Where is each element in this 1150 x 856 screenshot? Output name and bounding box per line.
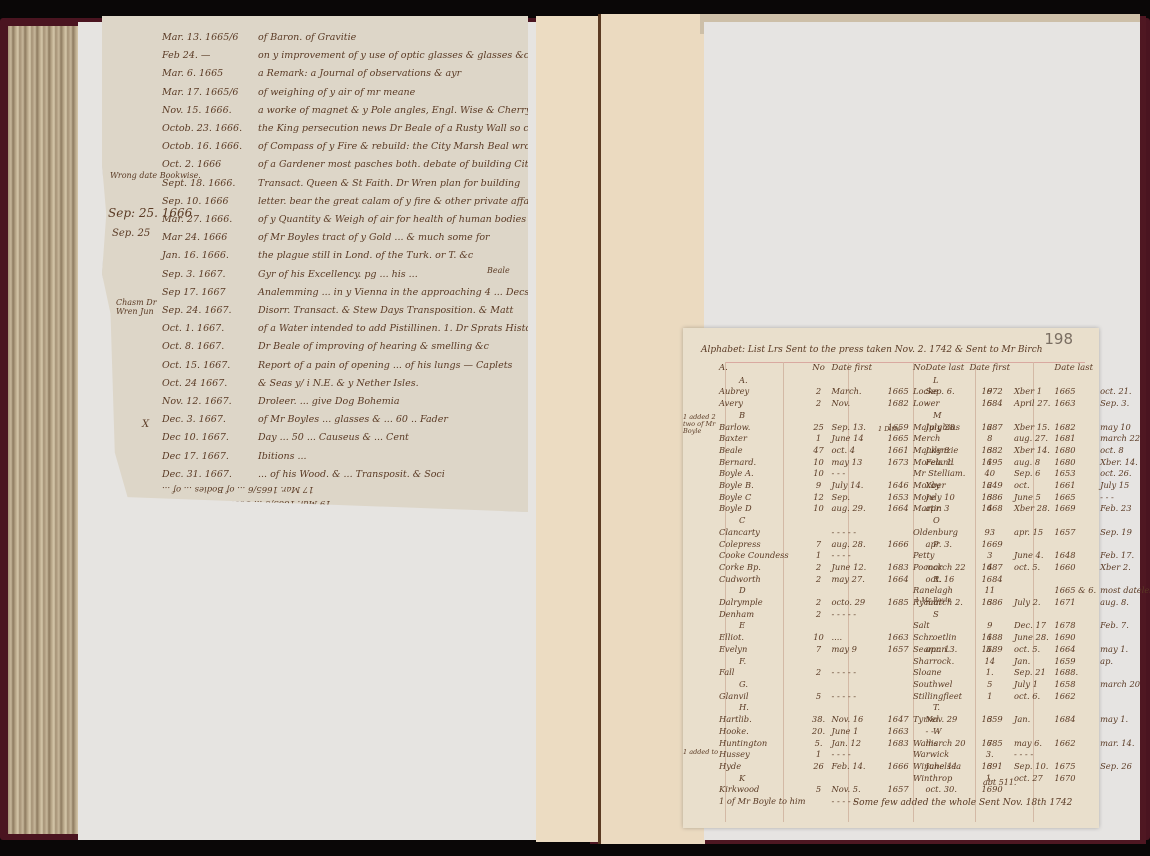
correspondent-name: Boyle B. <box>717 480 808 492</box>
first-year: 1681 <box>1052 433 1098 445</box>
entry-text: letter. bear the great calam of y fire &… <box>258 196 542 207</box>
first-date: - - - - - <box>830 667 886 679</box>
correspondent-name: Fall <box>717 667 808 679</box>
first-year: 1662 <box>1052 738 1098 750</box>
letter-count: 2 <box>808 398 830 410</box>
correspondent-name: Glanvil <box>717 691 808 703</box>
entry-date: Dec. 31. 1667. <box>162 469 258 480</box>
correspondent-name: Boyle C <box>717 492 808 504</box>
entry-date: Octob. 23. 1666. <box>162 123 258 134</box>
letter-count: 8 <box>967 433 1012 445</box>
register-entry: Sep 17. 1667Analemming ... in y Vienna i… <box>162 287 529 298</box>
first-date: may 6. <box>1012 738 1052 750</box>
register-entry: Dec 17. 1667.Ibitions ... <box>162 451 307 462</box>
alphabet-letter-row: R. <box>911 574 1150 586</box>
first-date: Jan. 12 <box>830 738 886 750</box>
entry-text: of weighing of y air of mr meane <box>258 87 415 98</box>
correspondent-name: Elliot. <box>717 632 808 644</box>
entry-date: Sep. 3. 1667. <box>162 269 258 280</box>
entry-text: & Seas y/ i N.E. & y Nether Isles. <box>258 378 419 389</box>
first-date: oct. 27 <box>1012 773 1052 785</box>
register-entry: Sep. 10. 1666letter. bear the great cala… <box>162 196 542 207</box>
first-date: - - - - - <box>830 527 886 539</box>
column-header: No <box>808 363 830 375</box>
letter-count: 10 <box>808 468 830 480</box>
correspondent-name: Tyrrel <box>911 714 967 726</box>
first-date: Sep. 10. <box>1012 761 1052 773</box>
alphabet-letter-row: P <box>911 539 1150 551</box>
register-entry: Octob. 16. 1666.of Compass of y Fire & r… <box>162 141 583 152</box>
correspondent-name: Huntington <box>717 738 808 750</box>
entry-date: Mar. 17. 1665/6 <box>162 87 258 98</box>
correspondent-name: Seaman. <box>911 644 967 656</box>
entry-date: Dec 17. 1667. <box>162 451 258 462</box>
correspondent-name: Martin <box>911 503 967 515</box>
first-year: 1648 <box>1052 550 1098 562</box>
letter-count: 12 <box>808 492 830 504</box>
register-entry: Sept. 18. 1666.Transact. Queen & St Fait… <box>162 178 520 189</box>
first-date: July 14. <box>830 480 886 492</box>
last-date: may 1. <box>1098 644 1150 656</box>
entry-date: Oct. 2. 1666 <box>162 159 258 170</box>
letter-count: 20. <box>808 726 830 738</box>
correspondent-name: 1 of Mr Boyle to him <box>717 796 808 808</box>
entry-text: of a Water intended to add Pistillinen. … <box>258 323 541 334</box>
alphabet-letter-row: M <box>911 410 1150 422</box>
first-year: 1678 <box>1052 620 1098 632</box>
last-date: Sep. 26 <box>1098 761 1150 773</box>
letter-count <box>808 527 830 539</box>
entry-date: Mar. 6. 1665 <box>162 68 258 79</box>
entry-date: Feb 24. — <box>162 50 258 61</box>
letter-count: 9 <box>967 386 1012 398</box>
right-manuscript-leaf: 198 Alphabet: List Lrs Sent to the press… <box>683 328 1099 828</box>
first-date: may 27. <box>830 574 886 586</box>
last-date: most dateless <box>1098 585 1150 597</box>
entry-date: Oct. 24 1667. <box>162 378 258 389</box>
first-date: may 9 <box>830 644 886 656</box>
first-date <box>1012 585 1052 597</box>
letter-count: 10 <box>808 457 830 469</box>
correspondent-name: Bernard. <box>717 457 808 469</box>
first-date: - - - - <box>830 550 886 562</box>
correspondent-row: Sharrock.14Jan.1659ap.1668 <box>911 656 1150 668</box>
correspondent-row: Seaman.3.oct. 5.1664may 1.1683 <box>911 644 1150 656</box>
margin-note: Wrong date Bookwise. <box>110 171 201 180</box>
letter-count: 9 <box>967 620 1012 632</box>
margin-note: Chasm Dr Wren Jun <box>116 298 166 316</box>
first-date: June 1 <box>830 726 886 738</box>
letter-count: 38. <box>808 714 830 726</box>
last-date: may 1. <box>1098 714 1150 726</box>
last-date: Feb. 17. <box>1098 550 1150 562</box>
last-date: ap. <box>1098 656 1150 668</box>
last-date <box>1098 667 1150 679</box>
correspondent-row: Tyrrel3Jan.1684may 1.1687 <box>911 714 1150 726</box>
letter-count: 5. <box>808 738 830 750</box>
table-header-row: NoDate firstDate last <box>911 363 1150 375</box>
correspondent-row: Petty3June 4.1648Feb. 17.1657 <box>911 550 1150 562</box>
letter-count: 93 <box>967 527 1012 539</box>
entry-date: Sep 17. 1667 <box>162 287 258 298</box>
correspondent-name: Sharrock. <box>911 656 967 668</box>
list-title: Alphabet: List Lrs Sent to the press tak… <box>701 345 1043 355</box>
correspondent-name: Wallis <box>911 738 967 750</box>
register-entry: Sep. 3. 1667.Gyr of his Excellency. pg .… <box>162 269 418 280</box>
correspondents-table-l-w: NoDate firstDate lastLLocke9Xber 11665oc… <box>911 363 1150 784</box>
letter-count: 3 <box>967 445 1012 457</box>
correspondent-name: Aubrey <box>717 386 808 398</box>
entry-text: Droleer. ... give Dog Bohemia <box>258 396 400 407</box>
first-date: octo. 29 <box>830 597 886 609</box>
first-date: aug. 8 <box>1012 457 1052 469</box>
correspondent-row: Kirkwood5Nov. 5.1657oct. 30.1690 <box>717 784 1018 796</box>
column-header: Date last <box>1052 363 1098 375</box>
left-guard-strip <box>536 16 599 842</box>
column-header: A. <box>717 363 808 375</box>
letter-count: 3 <box>967 492 1012 504</box>
first-date: June 12. <box>830 562 886 574</box>
correspondent-name: Winchelsea <box>911 761 967 773</box>
correspondent-name: Lower <box>911 398 967 410</box>
first-year: 1669 <box>1052 503 1098 515</box>
letter-count: 1 <box>808 433 830 445</box>
entry-date: Mar 24. 1666 <box>162 232 258 243</box>
list-footer-note: Some few added the whole Sent Nov. 18th … <box>853 798 1072 808</box>
alphabet-letter: L <box>911 375 1150 387</box>
correspondent-name: Avery <box>717 398 808 410</box>
first-year: 1671 <box>1052 597 1098 609</box>
correspondent-name: Pocock <box>911 562 967 574</box>
first-year: 1680 <box>1052 445 1098 457</box>
letter-count: 2 <box>967 422 1012 434</box>
first-date: Sep. 21 <box>1012 667 1052 679</box>
first-year: 1682 <box>1052 422 1098 434</box>
correspondent-name: Kirkwood <box>717 784 808 796</box>
last-date <box>1098 691 1150 703</box>
first-year <box>1052 749 1098 761</box>
first-date: Feb. 14. <box>830 761 886 773</box>
first-year: 1659 <box>1052 656 1098 668</box>
entry-text: a worke of magnet & y Pole angles, Engl.… <box>258 105 557 116</box>
alphabet-letter-row: L <box>911 375 1150 387</box>
register-entry: Oct. 15. 1667.Report of a pain of openin… <box>162 360 512 371</box>
letter-count: 14 <box>967 656 1012 668</box>
first-date: oct. 6. <box>1012 691 1052 703</box>
correspondent-row: Locke9Xber 11665oct. 21.1693 <box>911 386 1150 398</box>
correspondent-row: Stillingfleet1oct. 6.1662 <box>911 691 1150 703</box>
last-date: Xber. 14. <box>1098 457 1150 469</box>
first-year: 1661 <box>1052 480 1098 492</box>
margin-note: 1 added 2 two of Mr Boyle <box>683 414 719 435</box>
entry-text: of Baron. of Gravitie <box>258 32 356 43</box>
correspondent-row: Schroetlin1June 28.1690 <box>911 632 1150 644</box>
correspondent-name: Corke Bp. <box>717 562 808 574</box>
register-entry: Sep. 24. 1667.Disorr. Transact. & Stew D… <box>162 305 513 316</box>
last-date <box>1098 632 1150 644</box>
letter-count: 3 <box>967 597 1012 609</box>
last-date: march 20 <box>1098 679 1150 691</box>
last-date: Feb. 23 <box>1098 503 1150 515</box>
alphabet-letter-row: O <box>911 515 1150 527</box>
first-date: Dec. 17 <box>1012 620 1052 632</box>
correspondent-row: Oldenburg93apr. 151657Sep. 191676 <box>911 527 1150 539</box>
first-date: apr. 15 <box>1012 527 1052 539</box>
first-date: Xber 28. <box>1012 503 1052 515</box>
register-entry: Oct. 2. 1666of a Gardener most pasches b… <box>162 159 534 170</box>
entry-text: Ibitions ... <box>258 451 307 462</box>
letter-count: 2 <box>808 574 830 586</box>
first-date: - - - - - <box>830 691 886 703</box>
correspondent-row: Salt9Dec. 171678Feb. 7.1681 <box>911 620 1150 632</box>
correspondent-row: Sloane1.Sep. 211688. <box>911 667 1150 679</box>
first-date: March. <box>830 386 886 398</box>
last-date: march 22 <box>1098 433 1150 445</box>
entry-date: Dec 10. 1667. <box>162 432 258 443</box>
first-date: Xber 1 <box>1012 386 1052 398</box>
last-date <box>1098 749 1150 761</box>
register-entry: Dec 10. 1667.Day ... 50 ... Causeus & ..… <box>162 432 409 443</box>
letter-count: 2 <box>808 609 830 621</box>
entry-date: Octob. 16. 1666. <box>162 141 258 152</box>
alphabet-letter: R. <box>911 574 1150 586</box>
letter-count: 7 <box>808 644 830 656</box>
correspondent-name: Southwel <box>911 679 967 691</box>
last-date: Xber 2. <box>1098 562 1150 574</box>
register-entry: Nov. 12. 1667.Droleer. ... give Dog Bohe… <box>162 396 400 407</box>
entry-date: Dec. 3. 1667. <box>162 414 258 425</box>
letter-count: 3. <box>967 749 1012 761</box>
register-entry: Oct. 24 1667.& Seas y/ i N.E. & y Nether… <box>162 378 419 389</box>
first-date: aug. 27. <box>1012 433 1052 445</box>
alphabet-letter-row: W <box>911 726 1150 738</box>
last-date: oct. 30. <box>924 784 980 796</box>
alphabet-letter: M <box>911 410 1150 422</box>
entry-text: of Mr Boyles tract of y Gold ... & much … <box>258 232 490 243</box>
alphabet-letter-row: S <box>911 609 1150 621</box>
letter-count: 10 <box>808 632 830 644</box>
register-entry: Mar 24. 1666of Mr Boyles tract of y Gold… <box>162 232 490 243</box>
entry-text: Disorr. Transact. & Stew Days Transposit… <box>258 305 513 316</box>
register-entry: Oct. 8. 1667.Dr Beale of improving of he… <box>162 341 489 352</box>
first-year: 1663 <box>1052 398 1098 410</box>
letter-count: 1. <box>967 667 1012 679</box>
margin-note: Sep. 25 <box>112 228 150 239</box>
margin-note: X <box>142 419 149 430</box>
first-date: Nov. <box>830 398 886 410</box>
correspondent-row: Mr Stelliam.40Sep. 61653oct. 26.1688 <box>911 468 1150 480</box>
entry-text: Day ... 50 ... Causeus & ... Cent <box>258 432 409 443</box>
first-date: oct. 5. <box>1012 562 1052 574</box>
margin-note: 1 Mr Boyle <box>915 596 951 604</box>
alphabet-letter: P <box>911 539 1150 551</box>
first-date: Sep. 6 <box>1012 468 1052 480</box>
letter-count: 2 <box>808 562 830 574</box>
upside-down-line: 17 Mar. 1665/6 ... of Bodies ... of ... <box>162 484 314 494</box>
entry-text: Transact. Queen & St Faith. Dr Wren plan… <box>258 178 520 189</box>
letter-count <box>808 796 830 808</box>
letter-count: 1 <box>808 749 830 761</box>
letter-count: 11 <box>967 585 1012 597</box>
first-year: 1658 <box>1052 679 1098 691</box>
alphabet-letter: O <box>911 515 1150 527</box>
correspondent-row: Winthrop1.oct. 271670 <box>911 773 1150 785</box>
correspondent-name: Sloane <box>911 667 967 679</box>
last-date: aug. 8. <box>1098 597 1150 609</box>
correspondent-name: Oldenburg <box>911 527 967 539</box>
correspondent-name: Moreland <box>911 457 967 469</box>
register-entry: Mar. 27. 1666.of y Quantity & Weigh of a… <box>162 214 526 225</box>
first-date: Nov. 16 <box>830 714 886 726</box>
correspondent-row: Martin4Xber 28.1669Feb. 231673 <box>911 503 1150 515</box>
total-count: abt 511. <box>983 778 1016 787</box>
correspondent-name: Cudworth <box>717 574 808 586</box>
first-date: June 5 <box>1012 492 1052 504</box>
correspondent-name: Moray <box>911 480 967 492</box>
entry-text: Analemming ... in y Vienna in the approa… <box>258 287 529 298</box>
entry-date: Nov. 12. 1667. <box>162 396 258 407</box>
correspondent-name: Beale <box>717 445 808 457</box>
alphabet-letter: S <box>911 609 1150 621</box>
letter-count: 1 <box>967 691 1012 703</box>
letter-count: 5 <box>808 784 830 796</box>
entry-text: Dr Beale of improving of hearing & smell… <box>258 341 489 352</box>
correspondent-name: Boyle D <box>717 503 808 515</box>
correspondent-name: Mr Stelliam. <box>911 468 967 480</box>
correspondent-name: Cooke Coundess <box>717 550 808 562</box>
correspondent-name: Locke <box>911 386 967 398</box>
letter-count: 3 <box>967 714 1012 726</box>
register-entry: Mar. 17. 1665/6of weighing of y air of m… <box>162 87 415 98</box>
first-date: .... <box>830 632 886 644</box>
correspondent-name: Stillingfleet <box>911 691 967 703</box>
last-date: oct. 8 <box>1098 445 1150 457</box>
correspondent-name: Malpighius <box>911 422 967 434</box>
letter-count: 9 <box>808 480 830 492</box>
correspondent-row: More3June 51665- - - <box>911 492 1150 504</box>
entry-text: on y improvement of y use of optic glass… <box>258 50 559 61</box>
first-date: aug. 29. <box>830 503 886 515</box>
register-entry: Octob. 23. 1666.the King persecution new… <box>162 123 552 134</box>
register-entry: Jan. 16. 1666.the plague still in Lond. … <box>162 250 473 261</box>
first-year: 1680 <box>1052 457 1098 469</box>
first-date: Jan. <box>1012 714 1052 726</box>
register-entry: Dec. 3. 1667.of Mr Boyles ... glasses & … <box>162 414 448 425</box>
letter-count: 1 <box>967 632 1012 644</box>
correspondent-name: Denham <box>717 609 808 621</box>
first-date: oct. <box>1012 480 1052 492</box>
last-date: Feb. 7. <box>1098 620 1150 632</box>
first-date: Xber 15. <box>1012 422 1052 434</box>
first-date: July 1 <box>1012 679 1052 691</box>
entry-text: of y Quantity & Weigh of air for health … <box>258 214 526 225</box>
first-date: July 2. <box>1012 597 1052 609</box>
entry-date: Oct. 1. 1667. <box>162 323 258 334</box>
margin-note: 1 Ditto <box>878 425 901 433</box>
register-entry: Oct. 1. 1667.of a Water intended to add … <box>162 323 541 334</box>
letter-count: 26 <box>808 761 830 773</box>
letter-count: 47 <box>808 445 830 457</box>
first-year: 1688. <box>1052 667 1098 679</box>
last-date: July 15 <box>1098 480 1150 492</box>
first-date: oct. 5. <box>1012 644 1052 656</box>
first-date: Nov. 5. <box>830 784 886 796</box>
correspondent-name: Winthrop <box>911 773 967 785</box>
first-date: - - - - - <box>830 609 886 621</box>
letter-count: 2 <box>808 386 830 398</box>
first-year: 1662 <box>1052 691 1098 703</box>
folio-number: 198 <box>1044 330 1073 348</box>
alphabet-letter: T. <box>911 702 1150 714</box>
entry-date: Mar. 13. 1665/6 <box>162 32 258 43</box>
correspondent-name: Hartlib. <box>717 714 808 726</box>
first-date: Jan. <box>1012 656 1052 668</box>
register-entry: Mar. 6. 1665a Remark: a Journal of obser… <box>162 68 461 79</box>
letter-count: 7 <box>808 539 830 551</box>
margin-note: 1 added to <box>683 748 718 756</box>
correspondent-row: Pocock4oct. 5.1660Xber 2.1662 <box>911 562 1150 574</box>
correspondent-name: Schroetlin <box>911 632 967 644</box>
register-entry: Mar. 13. 1665/6of Baron. of Gravitie <box>162 32 356 43</box>
correspondent-row: Lower5April 27.1663Sep. 3.1686 <box>911 398 1150 410</box>
alphabet-letter: W <box>911 726 1150 738</box>
correspondent-name: Boyle A. <box>717 468 808 480</box>
letter-count: 2 <box>808 597 830 609</box>
alphabet-letter-row: T. <box>911 702 1150 714</box>
letter-count: 1 <box>808 550 830 562</box>
first-year: 1665 & 6. <box>1052 585 1098 597</box>
first-year: 1684 <box>1052 714 1098 726</box>
letter-count: 3 <box>967 550 1012 562</box>
correspondent-name: Hooke. <box>717 726 808 738</box>
first-date: Sep. <box>830 492 886 504</box>
correspondent-name: Colepress <box>717 539 808 551</box>
last-date: oct. 26. <box>1098 468 1150 480</box>
last-date: mar. 14. <box>1098 738 1150 750</box>
letter-count: 7 <box>967 738 1012 750</box>
entry-date: Oct. 15. 1667. <box>162 360 258 371</box>
first-year: 1657 <box>1052 527 1098 539</box>
first-year: 1675 <box>1052 761 1098 773</box>
correspondent-name: Merch <box>911 433 967 445</box>
first-year: 1664 <box>1052 644 1098 656</box>
correspondent-name: Evelyn <box>717 644 808 656</box>
first-date: oct. 4 <box>830 445 886 457</box>
correspondent-name: Baxter <box>717 433 808 445</box>
first-year: 1690 <box>1052 632 1098 644</box>
letter-count: 40 <box>967 468 1012 480</box>
column-header: No <box>911 363 967 375</box>
correspondent-name: Warwick <box>911 749 967 761</box>
correspondent-name: Dalrymple <box>717 597 808 609</box>
first-date: - - - <box>830 468 886 480</box>
first-date: June 14 <box>830 433 886 445</box>
entry-text: Gyr of his Excellency. pg ... his ... <box>258 269 418 280</box>
first-date: June 28. <box>1012 632 1052 644</box>
letter-count: 4 <box>967 562 1012 574</box>
entry-date: Sep. 24. 1667. <box>162 305 258 316</box>
first-date: April 27. <box>1012 398 1052 410</box>
first-date: may 13 <box>830 457 886 469</box>
letter-count: 3 <box>967 761 1012 773</box>
page-edges-fore-edge <box>8 26 80 834</box>
left-manuscript-leaf: Mar. 13. 1665/6of Baron. of GravitieFeb … <box>102 16 528 512</box>
margin-note: Beale <box>487 266 510 275</box>
entry-text: ... of his Wood. & ... Transposit. & Soc… <box>258 469 445 480</box>
correspondent-name: Petty <box>911 550 967 562</box>
last-date: oct. 21. <box>1098 386 1150 398</box>
correspondent-row: Moreland1aug. 81680Xber. 14.1689 <box>911 457 1150 469</box>
